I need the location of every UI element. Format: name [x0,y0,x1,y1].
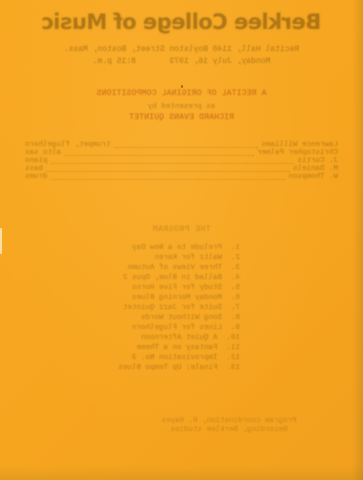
masthead-title: Berklee College of Music [0,10,363,34]
performer-name: Lawrence Williams [261,141,338,149]
dot-leader [114,141,259,148]
program-item: 12. Improvisation No. 3 [60,353,240,363]
venue-line: Recital Hall, 1140 Boylston Street, Bost… [0,45,363,54]
program-heading: THE PROGRAM [0,225,363,234]
performer-name: W. Thompson [288,173,338,181]
dot-leader [51,157,295,164]
paper-edge-highlight [0,228,2,254]
credit-line: Recording, Berklee studios [153,426,305,435]
performer-name: M. Daniels [293,165,338,173]
ensemble-name: RICHARD EVANS QUINTET [0,113,363,122]
ghost-text-layer: Berklee College of Music Recital Hall, 1… [0,0,363,480]
program-item: 6. Monday Morning Blues [60,293,240,303]
dot-leader [51,173,286,180]
credit-line: Program coordination, R. Hayes [153,417,305,426]
program-item: 2. Waltz for Karen [60,253,240,263]
performer-name: Christopher Palmer [257,149,338,157]
dot-leader [46,165,290,172]
dot-leader [64,149,254,156]
program-item: 13. Finale: Up Tempo Blues [60,363,240,373]
scanned-program-cover: Berklee College of Music Recital Hall, 1… [0,0,363,480]
performer-instrument: bass [25,165,43,173]
program-item: 4. Ballad in Blue, Opus 2 [60,273,240,283]
program-item: 3. Three Views of Autumn [60,263,240,273]
performer-instrument: trumpet, flugelhorn [25,141,111,149]
credits-block: Program coordination, R. Hayes Recording… [153,417,305,435]
performer-row: W. Thompson drums [25,173,338,181]
presented-by-line: as presented by [0,103,363,111]
performer-instrument: piano [25,157,48,165]
program-list: 1. Prelude to a New Day 2. Waltz for Kar… [60,243,240,373]
scan-speck [181,85,183,88]
recital-title: A RECITAL OF ORIGINAL COMPOSITIONS [0,89,363,98]
program-item: 10. A Quiet Afternoon [60,333,240,343]
performer-instrument: alto sax [25,149,61,157]
program-item: 5. Study for Five Horns [60,283,240,293]
date-line: Monday, July 16, 1973 8:15 p.m. [0,57,363,66]
program-item: 1. Prelude to a New Day [60,243,240,253]
performers-list: Lawrence Williams trumpet, flugelhorn Ch… [25,141,338,181]
performer-row: Christopher Palmer alto sax [25,149,338,157]
program-item: 8. Song Without Words [60,313,240,323]
program-item: 9. Lines for Flugelhorn [60,323,240,333]
performer-row: Lawrence Williams trumpet, flugelhorn [25,141,338,149]
program-item: 11. Fantasy on a Theme [60,343,240,353]
program-item: 7. Suite for Jazz Quintet [60,303,240,313]
performer-row: J. Curtis piano [25,157,338,165]
performer-instrument: drums [25,173,48,181]
performer-row: M. Daniels bass [25,165,338,173]
performer-name: J. Curtis [297,157,338,165]
